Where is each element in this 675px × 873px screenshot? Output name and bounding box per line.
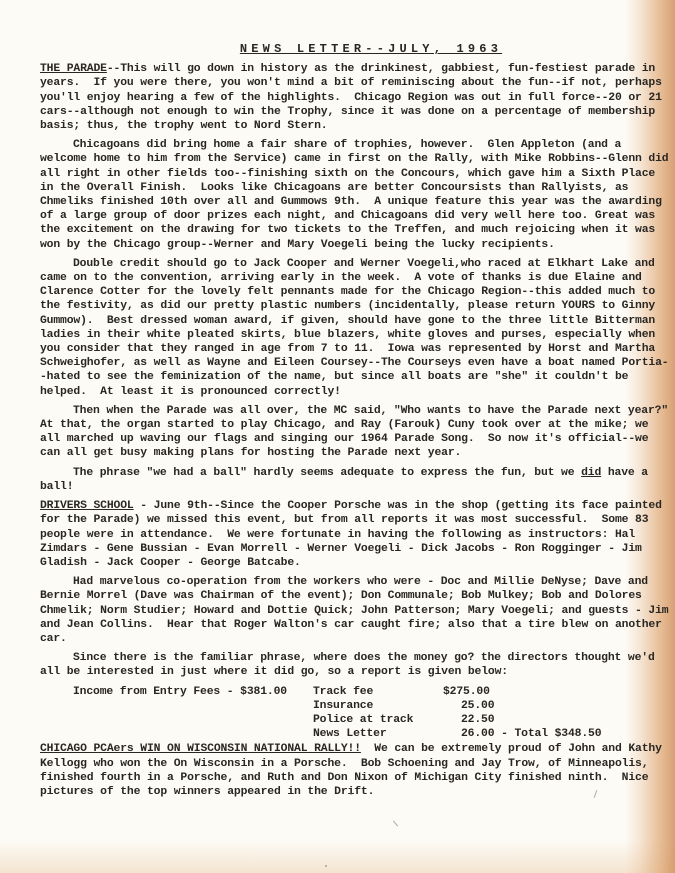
newsletter-document: NEWS LETTER--JULY, 1963 THE PARADE--This… [40,40,672,804]
expense-amount: 25.00 [443,699,603,713]
parade-emphasis: did [581,467,601,479]
parade-paragraph-5: The phrase "we had a ball" hardly seems … [40,466,672,494]
expense-amount: $275.00 [443,685,603,699]
rally-heading: CHICAGO PCAers WIN ON WISCONSIN NATIONAL… [40,743,361,755]
budget-report: Income from Entry Fees - $381.00 Track f… [40,685,672,742]
expense-amount: 22.50 [443,713,603,727]
parade-paragraph-4: Then when the Parade was all over, the M… [40,404,672,461]
rally-paragraph: CHICAGO PCAers WIN ON WISCONSIN NATIONAL… [40,742,672,799]
drivers-school-heading: DRIVERS SCHOOL [40,500,134,512]
speck-mark [325,865,327,867]
expense-item: News Letter [313,727,443,741]
parade-paragraph-2: Chicagoans did bring home a fair share o… [40,138,672,252]
parade-text-5a: The phrase "we had a ball" hardly seems … [73,467,581,479]
income-line: Income from Entry Fees - $381.00 [73,685,313,699]
drivers-school-text-1: - June 9th--Since the Cooper Porsche was… [40,500,668,569]
expense-item: Insurance [313,699,443,713]
drivers-school-paragraph-3: Since there is the familiar phrase, wher… [40,651,672,679]
scanned-page: NEWS LETTER--JULY, 1963 THE PARADE--This… [0,0,675,873]
speck-mark [393,820,398,826]
parade-text-1: --This will go down in history as the dr… [40,63,668,132]
expense-item: Track fee [313,685,443,699]
newsletter-title: NEWS LETTER--JULY, 1963 [40,42,672,56]
parade-paragraph-1: THE PARADE--This will go down in history… [40,62,672,133]
parade-paragraph-3: Double credit should go to Jack Cooper a… [40,257,672,399]
expense-total: 26.00 - Total $348.50 [443,727,603,741]
parade-heading: THE PARADE [40,63,107,75]
expense-item: Police at track [313,713,443,727]
speck-mark [350,793,352,795]
drivers-school-paragraph-2: Had marvelous co-operation from the work… [40,575,672,646]
drivers-school-paragraph-1: DRIVERS SCHOOL - June 9th--Since the Coo… [40,499,672,570]
